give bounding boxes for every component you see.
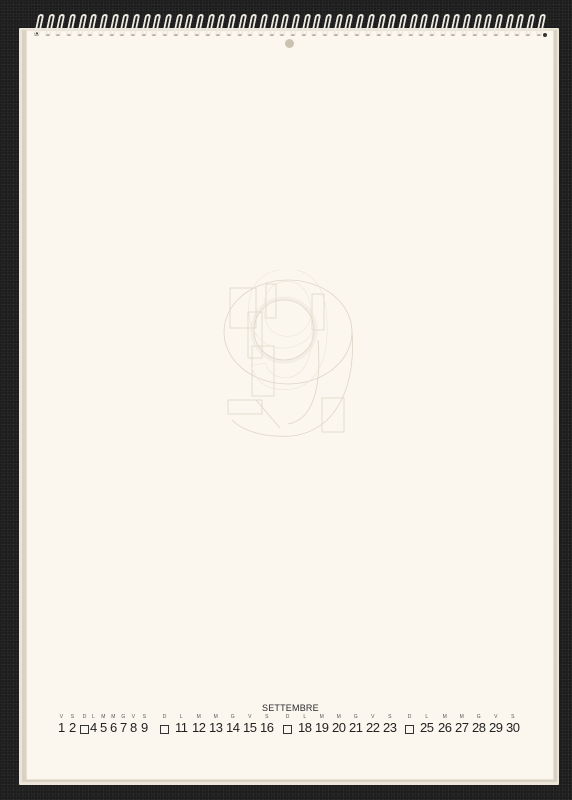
day-number: 28 [472, 721, 485, 735]
day-number: 4 [90, 721, 97, 735]
day-cell: V8 [130, 713, 137, 735]
day-number: 1 [58, 721, 65, 735]
spiral-coil [55, 14, 66, 36]
day-cell: M19 [315, 713, 328, 735]
weekday-initial: D [80, 713, 89, 721]
spiral-coil [44, 14, 55, 36]
day-number: 16 [260, 721, 273, 735]
day-cell: S16 [260, 713, 273, 735]
day-cell: M12 [192, 713, 205, 735]
sunday-cell: D [160, 713, 169, 739]
spiral-coil [450, 14, 461, 36]
spiral-coil [525, 14, 536, 36]
spiral-coil [194, 14, 205, 36]
day-cell: M27 [455, 713, 468, 735]
spiral-coil [386, 14, 397, 36]
sunday-box-icon [283, 725, 292, 734]
spiral-coil [482, 14, 493, 36]
day-cell: G28 [472, 713, 485, 735]
spiral-coil [311, 14, 322, 36]
spiral-coil [76, 14, 87, 36]
day-cell: V22 [366, 713, 379, 735]
spiral-coil [354, 14, 365, 36]
weekday-initial: D [160, 713, 169, 721]
day-cell: L18 [298, 713, 311, 735]
sunday-cell: D [405, 713, 414, 739]
day-cell: M20 [332, 713, 345, 735]
day-number: 27 [455, 721, 468, 735]
day-cell: M26 [438, 713, 451, 735]
spiral-coil [343, 14, 354, 36]
day-cell: V29 [489, 713, 502, 735]
day-number: 2 [69, 721, 76, 735]
day-cell: L4 [90, 713, 97, 735]
day-cell: V1 [58, 713, 65, 735]
day-cell: S30 [506, 713, 519, 735]
day-cell: G14 [226, 713, 239, 735]
day-cell: S23 [383, 713, 396, 735]
day-strip: V1S2DL4M5M6G7V8S9DL11M12M13G14V15S16DL18… [58, 713, 528, 743]
day-cell: M5 [100, 713, 107, 735]
day-cell: L11 [175, 713, 188, 735]
spiral-coil [34, 14, 45, 36]
day-number: 5 [100, 721, 107, 735]
spiral-coil [226, 14, 237, 36]
spiral-coil [66, 14, 77, 36]
spiral-coil [119, 14, 130, 36]
day-number: 18 [298, 721, 311, 735]
svg-text:9: 9 [241, 270, 336, 425]
day-number: 25 [420, 721, 433, 735]
spiral-coil [322, 14, 333, 36]
day-cell: M13 [209, 713, 222, 735]
spiral-coil [461, 14, 472, 36]
day-cell: S2 [69, 713, 76, 735]
spiral-binding [36, 14, 544, 38]
day-number: 20 [332, 721, 345, 735]
sunday-cell: D [283, 713, 292, 739]
spiral-coil [439, 14, 450, 36]
spiral-coil [300, 14, 311, 36]
day-cell: L25 [420, 713, 433, 735]
spiral-coil [493, 14, 504, 36]
day-number: 15 [243, 721, 256, 735]
day-number: 21 [349, 721, 362, 735]
day-number: 30 [506, 721, 519, 735]
day-cell: V15 [243, 713, 256, 735]
spiral-coil [162, 14, 173, 36]
day-number: 23 [383, 721, 396, 735]
sunday-box-icon [405, 725, 414, 734]
day-cell: G7 [120, 713, 127, 735]
day-number: 9 [141, 721, 148, 735]
spiral-coil [471, 14, 482, 36]
spiral-coil [332, 14, 343, 36]
spiral-coil [514, 14, 525, 36]
spiral-coil [258, 14, 269, 36]
weekday-initial: D [283, 713, 292, 721]
spiral-coil [172, 14, 183, 36]
day-number: 7 [120, 721, 127, 735]
month-name: SETTEMBRE [262, 703, 319, 713]
weekday-initial: D [405, 713, 414, 721]
spiral-coil [204, 14, 215, 36]
day-number: 19 [315, 721, 328, 735]
day-number: 29 [489, 721, 502, 735]
spiral-coil [407, 14, 418, 36]
day-number: 13 [209, 721, 222, 735]
day-number: 14 [226, 721, 239, 735]
day-cell: G21 [349, 713, 362, 735]
spiral-coil [397, 14, 408, 36]
day-number: 12 [192, 721, 205, 735]
sunday-box-icon [80, 725, 89, 734]
spiral-coil [247, 14, 258, 36]
day-number: 11 [175, 721, 188, 735]
spiral-coil [418, 14, 429, 36]
sunday-cell: D [80, 713, 89, 739]
spiral-coil [290, 14, 301, 36]
spiral-coil [108, 14, 119, 36]
spiral-coil [87, 14, 98, 36]
spiral-coil [236, 14, 247, 36]
day-number: 8 [130, 721, 137, 735]
day-number: 6 [110, 721, 117, 735]
spiral-coil [429, 14, 440, 36]
spiral-coil [140, 14, 151, 36]
spiral-coil [130, 14, 141, 36]
embossed-month-numeral: 9 [222, 270, 358, 440]
sunday-box-icon [160, 725, 169, 734]
spiral-coil [151, 14, 162, 36]
day-number: 22 [366, 721, 379, 735]
day-cell: S9 [141, 713, 148, 735]
spiral-coil [268, 14, 279, 36]
hanging-hole [285, 39, 294, 48]
spiral-coil [215, 14, 226, 36]
spiral-coil [183, 14, 194, 36]
day-cell: M6 [110, 713, 117, 735]
spiral-coil [364, 14, 375, 36]
spiral-coil [503, 14, 514, 36]
spiral-coil [375, 14, 386, 36]
day-number: 26 [438, 721, 451, 735]
spiral-coil [279, 14, 290, 36]
spiral-coil [98, 14, 109, 36]
